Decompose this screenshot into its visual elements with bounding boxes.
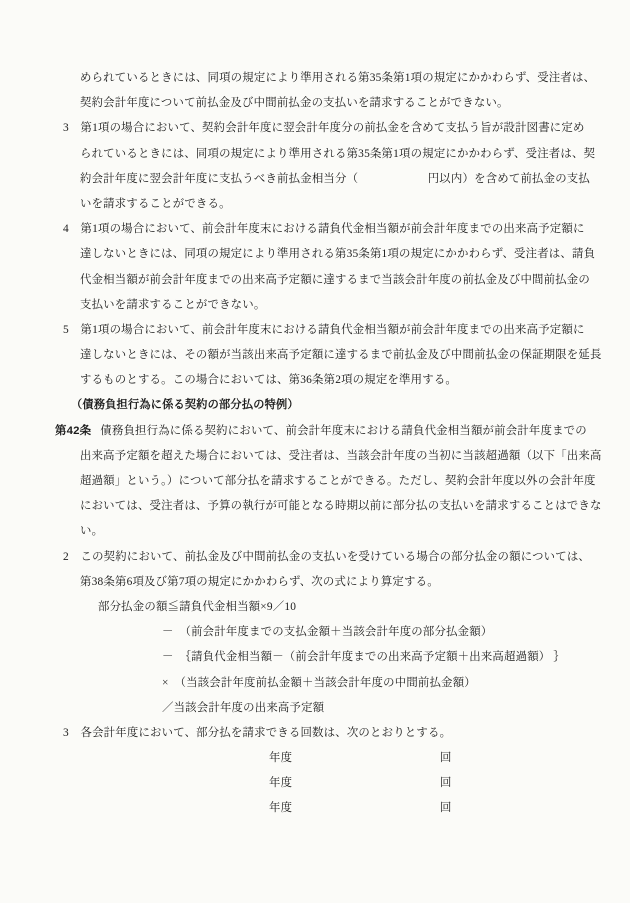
payment-count-label: 回 (440, 771, 452, 796)
payment-count-label: 回 (440, 796, 452, 821)
document-line: められているときには、同項の規定により準用される第35条第1項の規定にかかわらず… (0, 66, 630, 91)
document-line: 第42条債務負担行為に係る契約において、前会計年度末における請負代金相当額が前会… (0, 419, 630, 444)
document-line: － ｛請負代金相当額－（前会計年度までの出来高予定額＋出来高超過額） ｝ (0, 645, 630, 670)
document-line: 支払いを請求することができない。 (0, 293, 630, 318)
document-line: られているときには、同項の規定により準用される第35条第1項の規定にかかわらず、… (0, 142, 630, 167)
document-line: 契約会計年度について前払金及び中間前払金の支払いを請求することができない。 (0, 91, 630, 116)
document-line: （債務負担行為に係る契約の部分払の特例） (0, 393, 630, 418)
document-line: いを請求することができる。 (0, 192, 630, 217)
schedule-row: 年度回 (0, 796, 630, 821)
document-line: － （前会計年度までの支払金額＋当該会計年度の部分払金額） (0, 620, 630, 645)
schedule-row: 年度回 (0, 746, 630, 771)
document-line: 約会計年度に翌会計年度に支払うべき前払金相当分（ 円以内）を含めて前払金の支払 (0, 167, 630, 192)
document-line: 3 各会計年度において、部分払を請求できる回数は、次のとおりとする。 (0, 721, 630, 746)
document-page: められているときには、同項の規定により準用される第35条第1項の規定にかかわらず… (0, 0, 630, 903)
payment-count-label: 回 (440, 746, 452, 771)
document-line: するものとする。この場合においては、第36条第2項の規定を準用する。 (0, 368, 630, 393)
document-line: 出来高予定額を超えた場合においては、受注者は、当該会計年度の当初に当該超過額（以… (0, 444, 630, 469)
article-number: 第42条 (55, 425, 91, 437)
document-line: い。 (0, 519, 630, 544)
article-text: 債務負担行為に係る契約において、前会計年度末における請負代金相当額が前会計年度ま… (100, 425, 587, 437)
schedule-row: 年度回 (0, 771, 630, 796)
document-line: ／当該会計年度の出来高予定額 (0, 696, 630, 721)
fiscal-year-label: 年度 (269, 771, 292, 796)
document-line: 5 第1項の場合において、前会計年度末における請負代金相当額が前会計年度までの出… (0, 318, 630, 343)
document-line: 3 第1項の場合において、契約会計年度に翌会計年度分の前払金を含めて支払う旨が設… (0, 116, 630, 141)
document-line: 第38条第6項及び第7項の規定にかかわらず、次の式により算定する。 (0, 570, 630, 595)
document-line: 4 第1項の場合において、前会計年度末における請負代金相当額が前会計年度までの出… (0, 217, 630, 242)
document-line: 2 この契約において、前払金及び中間前払金の支払いを受けている場合の部分払金の額… (0, 545, 630, 570)
fiscal-year-label: 年度 (269, 796, 292, 821)
document-line: 代金相当額が前会計年度までの出来高予定額に達するまで当該会計年度の前払金及び中間… (0, 268, 630, 293)
fiscal-year-label: 年度 (269, 746, 292, 771)
document-line: 超過額」という。）について部分払を請求することができる。ただし、契約会計年度以外… (0, 469, 630, 494)
document-line: × （当該会計年度前払金額＋当該会計年度の中間前払金額） (0, 671, 630, 696)
document-line: においては、受注者は、予算の執行が可能となる時期以前に部分払の支払いを請求するこ… (0, 494, 630, 519)
document-line: 達しないときには、同項の規定により準用される第35条第1項の規定にかかわらず、受… (0, 242, 630, 267)
document-line: 達しないときには、その額が当該出来高予定額に達するまで前払金及び中間前払金の保証… (0, 343, 630, 368)
document-line: 部分払金の額≦請負代金相当額×9／10 (0, 595, 630, 620)
document-content: められているときには、同項の規定により準用される第35条第1項の規定にかかわらず… (0, 66, 630, 822)
